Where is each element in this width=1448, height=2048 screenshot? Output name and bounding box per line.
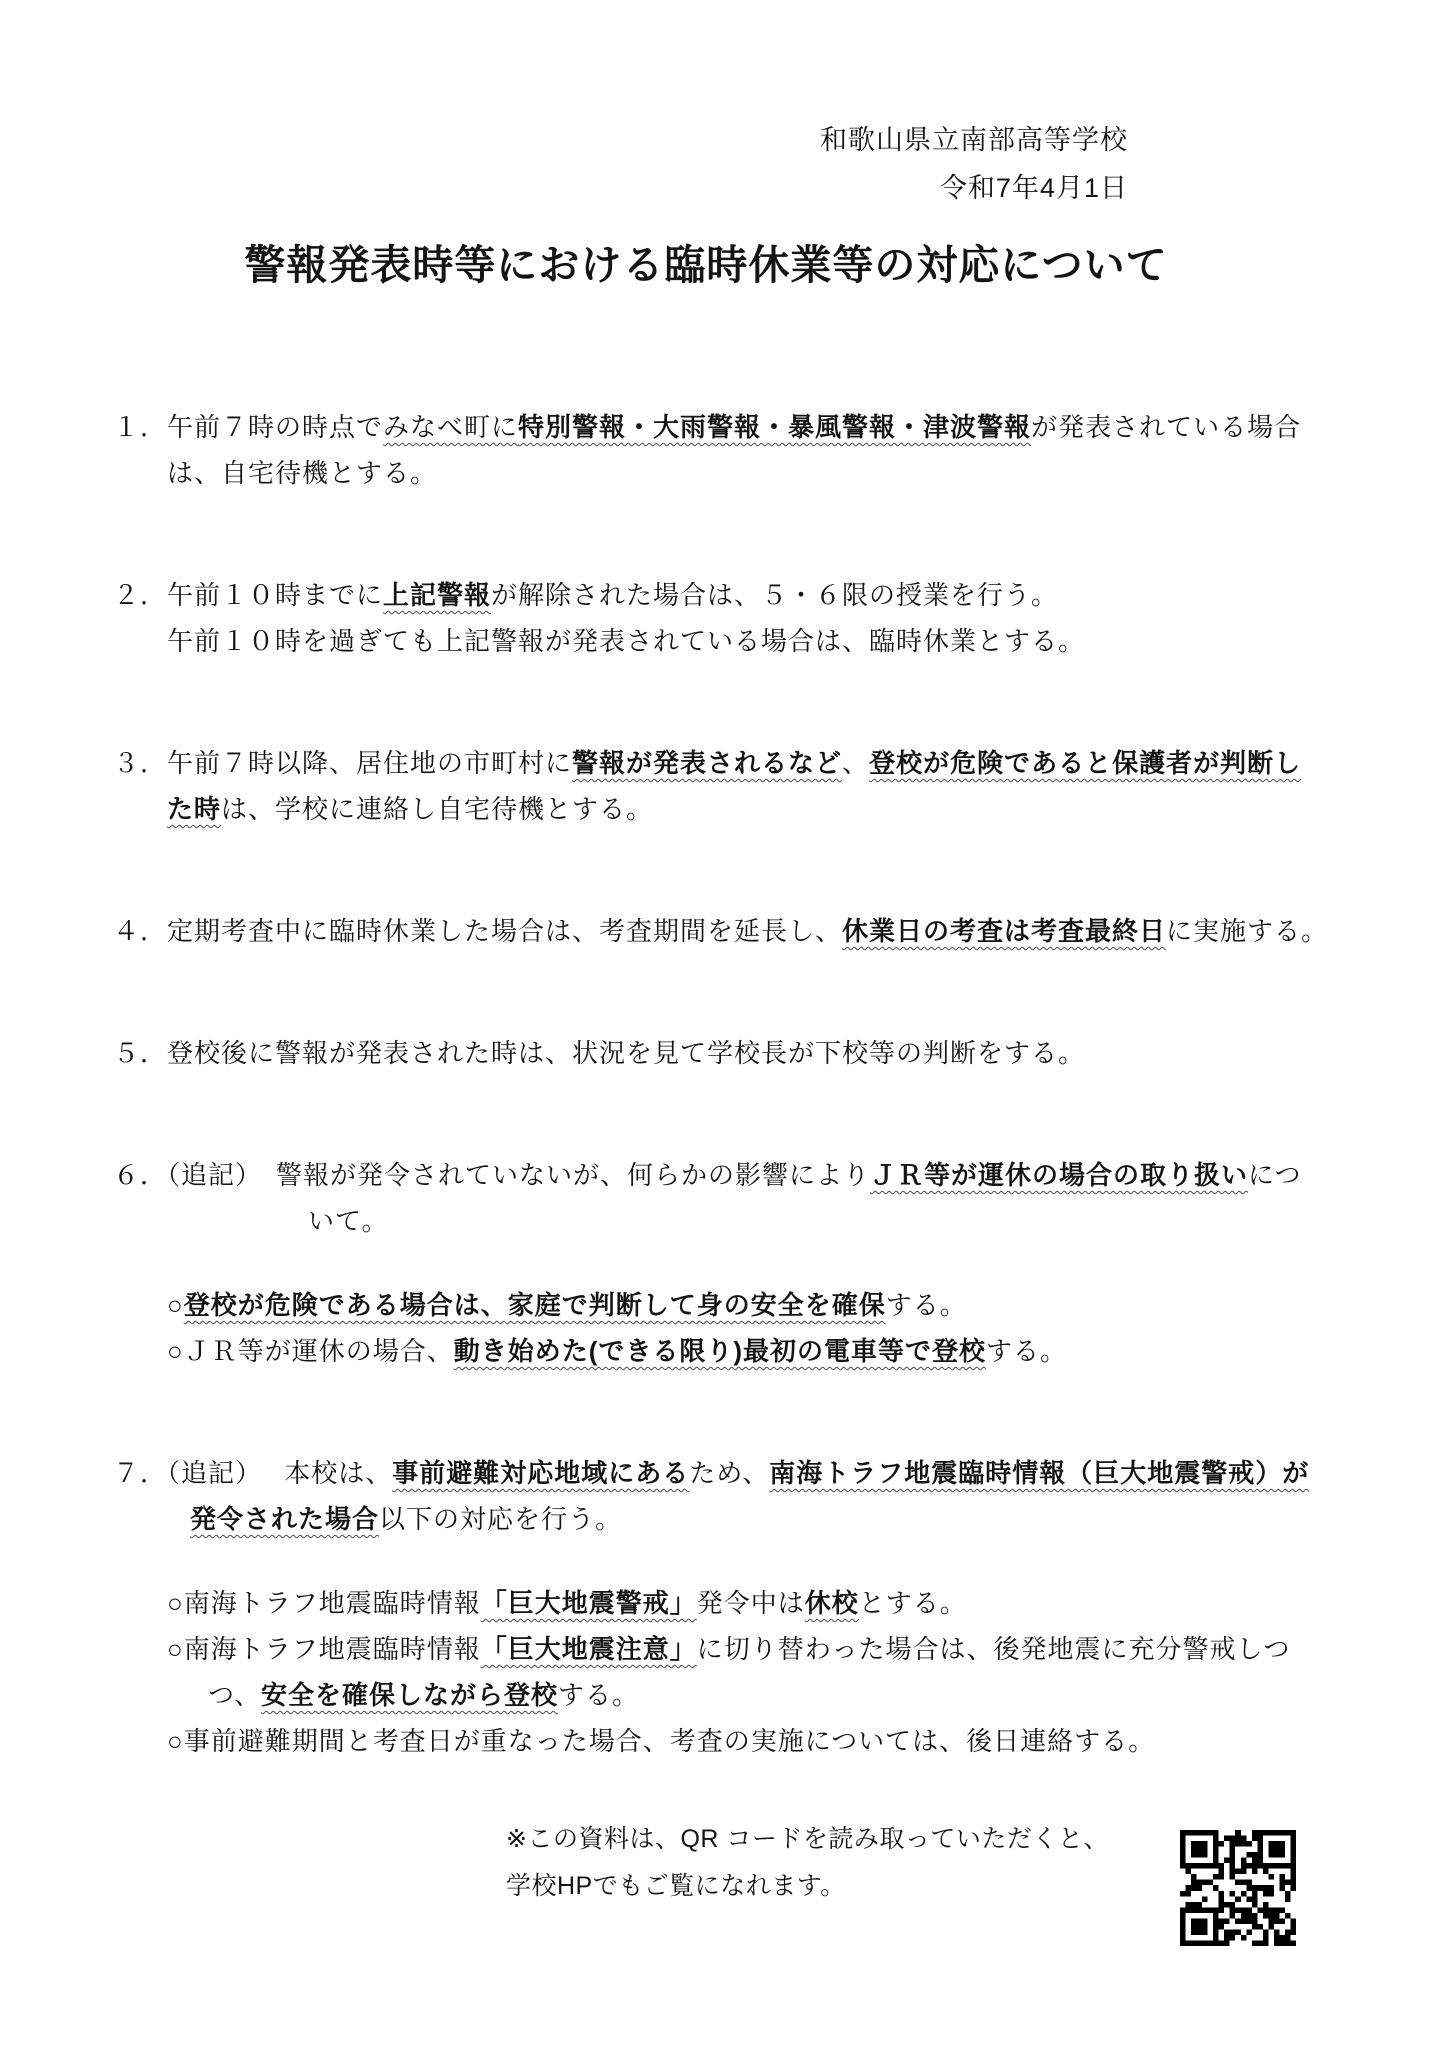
list-item: ２．午前１０時までに上記警報が解除された場合は、５・６限の授業を行う。午前１０時… — [0, 572, 1448, 664]
text-line: ４．定期考査中に臨時休業した場合は、考査期間を延長し、休業日の考査は考査最終日に… — [0, 908, 1448, 954]
emphasized-text: 事前避難対応地域にある — [392, 1458, 689, 1488]
emphasized-text: 登校が危険であると保護者が判断し — [869, 748, 1301, 778]
text-segment: 午前１０時を過ぎても上記警報が発表されている場合は、臨時休業とする。 — [167, 626, 1085, 656]
emphasized-text: 特別警報・大雨警報・暴風警報・津波警報 — [518, 412, 1031, 442]
text-segment: ため、 — [689, 1458, 769, 1488]
emphasized-text: 休業日の考査は考査最終日 — [842, 916, 1166, 946]
text-segment: 登校後に警報が発表された時は、状況を見て学校長が下校等の判断をする。 — [167, 1038, 1085, 1068]
text-segment: 定期考査中に臨時休業した場合は、考査期間を延長し、 — [167, 916, 842, 946]
text-segment: 以下の対応を行う。 — [379, 1504, 622, 1534]
list-item: ４．定期考査中に臨時休業した場合は、考査期間を延長し、休業日の考査は考査最終日に… — [0, 908, 1448, 954]
text-segment: ○ — [167, 1290, 184, 1320]
text-segment: （追記） 警報が発令されていないが、何らかの影響により — [167, 1160, 870, 1190]
emphasized-text: 南海トラフ地震臨時情報（巨大地震警戒）が — [769, 1458, 1309, 1488]
qr-code-icon — [1180, 1828, 1296, 1948]
text-line: いて。 — [0, 1198, 1448, 1244]
list-item: ３．午前７時以降、居住地の市町村に警報が発表されるなど、登校が危険であると保護者… — [0, 740, 1448, 832]
text-line: た時は、学校に連絡し自宅待機とする。 — [0, 786, 1448, 832]
text-segment: が解除された場合は、５・６限の授業を行う。 — [491, 580, 1058, 610]
document-page: 和歌山県立南部高等学校 令和7年4月1日 警報発表時等における臨時休業等の対応に… — [0, 0, 1448, 2048]
text-segment: は、自宅待機とする。 — [167, 458, 437, 488]
text-segment: する。 — [558, 1680, 639, 1710]
document-header: 和歌山県立南部高等学校 令和7年4月1日 — [0, 116, 1128, 212]
emphasized-text: 上記警報 — [383, 580, 491, 610]
list-item: ５．登校後に警報が発表された時は、状況を見て学校長が下校等の判断をする。 — [0, 1030, 1448, 1076]
sub-item-group: ○南海トラフ地震臨時情報「巨大地震警戒」発令中は休校とする。○南海トラフ地震臨時… — [0, 1580, 1448, 1764]
text-line: １．午前７時の時点でみなべ町に特別警報・大雨警報・暴風警報・津波警報が発表されて… — [0, 404, 1448, 450]
text-segment: つ、 — [208, 1680, 261, 1710]
text-segment: が発表されている場合 — [1031, 412, 1301, 442]
list-item: １．午前７時の時点でみなべ町に特別警報・大雨警報・暴風警報・津波警報が発表されて… — [0, 404, 1448, 496]
text-line: ５．登校後に警報が発表された時は、状況を見て学校長が下校等の判断をする。 — [0, 1030, 1448, 1076]
text-segment: （追記） 本校は、 — [167, 1458, 392, 1488]
emphasized-text: 警報が発表されるなど — [572, 748, 842, 778]
text-segment: 午前１０時までに — [167, 580, 383, 610]
text-segment: とする。 — [859, 1588, 967, 1618]
item-number: ６． — [113, 1160, 167, 1190]
footer-note: ※この資料は、QR コードを読み取っていただくと、 学校HPでもご覧になれます。 — [506, 1816, 1109, 1910]
emphasized-text: 休校 — [805, 1588, 859, 1618]
document-items: １．午前７時の時点でみなべ町に特別警報・大雨警報・暴風警報・津波警報が発表されて… — [0, 404, 1448, 1840]
item-number: ２． — [113, 580, 167, 610]
item-number: ７． — [113, 1458, 167, 1488]
text-line: 発令された場合以下の対応を行う。 — [0, 1496, 1448, 1542]
text-segment: ○ＪＲ等が運休の場合、 — [167, 1336, 454, 1366]
text-segment: につ — [1248, 1160, 1301, 1190]
text-line: は、自宅待機とする。 — [0, 450, 1448, 496]
text-line: ３．午前７時以降、居住地の市町村に警報が発表されるなど、登校が危険であると保護者… — [0, 740, 1448, 786]
text-line: ○南海トラフ地震臨時情報「巨大地震警戒」発令中は休校とする。 — [0, 1580, 1448, 1626]
text-line: ○南海トラフ地震臨時情報「巨大地震注意」に切り替わった場合は、後発地震に充分警戒… — [0, 1626, 1448, 1672]
text-line: つ、安全を確保しながら登校する。 — [0, 1672, 1448, 1718]
text-segment: する。 — [986, 1336, 1067, 1366]
text-segment: 午前７時の時点で — [167, 412, 383, 442]
footer-note-line2: 学校HPでもご覧になれます。 — [506, 1863, 1109, 1910]
text-segment: いて。 — [308, 1206, 388, 1236]
school-name: 和歌山県立南部高等学校 — [0, 116, 1128, 164]
text-segment: に実施する。 — [1166, 916, 1328, 946]
text-segment: ○南海トラフ地震臨時情報 — [167, 1634, 481, 1664]
text-segment: ○南海トラフ地震臨時情報 — [167, 1588, 481, 1618]
text-line: ６．（追記） 警報が発令されていないが、何らかの影響によりＪＲ等が運休の場合の取… — [0, 1152, 1448, 1198]
text-segment: 午前７時以降、居住地の市町村に — [167, 748, 572, 778]
document-date: 令和7年4月1日 — [0, 164, 1128, 212]
emphasized-text: 発令された場合 — [190, 1504, 379, 1534]
text-line: ○登校が危険である場合は、家庭で判断して身の安全を確保する。 — [0, 1282, 1448, 1328]
emphasized-text: 登校が危険である場合は、家庭で判断して身の安全を確保 — [184, 1290, 886, 1320]
emphasized-text: 動き始めた(できる限り)最初の電車等で登校 — [454, 1336, 986, 1366]
footer-note-line1: ※この資料は、QR コードを読み取っていただくと、 — [506, 1816, 1109, 1863]
text-segment: に切り替わった場合は、後発地震に充分警戒しつ — [697, 1634, 1291, 1664]
text-segment: 発令中は — [697, 1588, 805, 1618]
list-item: ６．（追記） 警報が発令されていないが、何らかの影響によりＪＲ等が運休の場合の取… — [0, 1152, 1448, 1244]
text-line: ○ＪＲ等が運休の場合、動き始めた(できる限り)最初の電車等で登校する。 — [0, 1328, 1448, 1374]
text-segment: ○事前避難期間と考査日が重なった場合、考査の実施については、後日連絡する。 — [167, 1726, 1155, 1756]
sub-item-group: ○登校が危険である場合は、家庭で判断して身の安全を確保する。○ＪＲ等が運休の場合… — [0, 1282, 1448, 1374]
emphasized-text: 安全を確保しながら登校 — [261, 1680, 558, 1710]
item-number: ５． — [113, 1038, 167, 1068]
page-title: 警報発表時等における臨時休業等の対応について — [0, 232, 1430, 291]
text-segment: は、学校に連絡し自宅待機とする。 — [221, 794, 653, 824]
emphasized-text: ＪＲ等が運休の場合の取り扱い — [870, 1160, 1248, 1190]
text-segment: する。 — [886, 1290, 967, 1320]
list-item: ７．（追記） 本校は、事前避難対応地域にあるため、南海トラフ地震臨時情報（巨大地… — [0, 1450, 1448, 1542]
emphasized-text: た時 — [167, 794, 221, 824]
emphasized-text: みなべ町に — [383, 412, 518, 442]
item-number: ３． — [113, 748, 167, 778]
text-line: 午前１０時を過ぎても上記警報が発表されている場合は、臨時休業とする。 — [0, 618, 1448, 664]
text-line: ７．（追記） 本校は、事前避難対応地域にあるため、南海トラフ地震臨時情報（巨大地… — [0, 1450, 1448, 1496]
text-line: ２．午前１０時までに上記警報が解除された場合は、５・６限の授業を行う。 — [0, 572, 1448, 618]
text-segment: 、 — [842, 748, 869, 778]
text-line: ○事前避難期間と考査日が重なった場合、考査の実施については、後日連絡する。 — [0, 1718, 1448, 1764]
emphasized-text: 「巨大地震警戒」 — [481, 1588, 697, 1618]
item-number: １． — [113, 412, 167, 442]
item-number: ４． — [113, 916, 167, 946]
emphasized-text: 「巨大地震注意」 — [481, 1634, 697, 1664]
